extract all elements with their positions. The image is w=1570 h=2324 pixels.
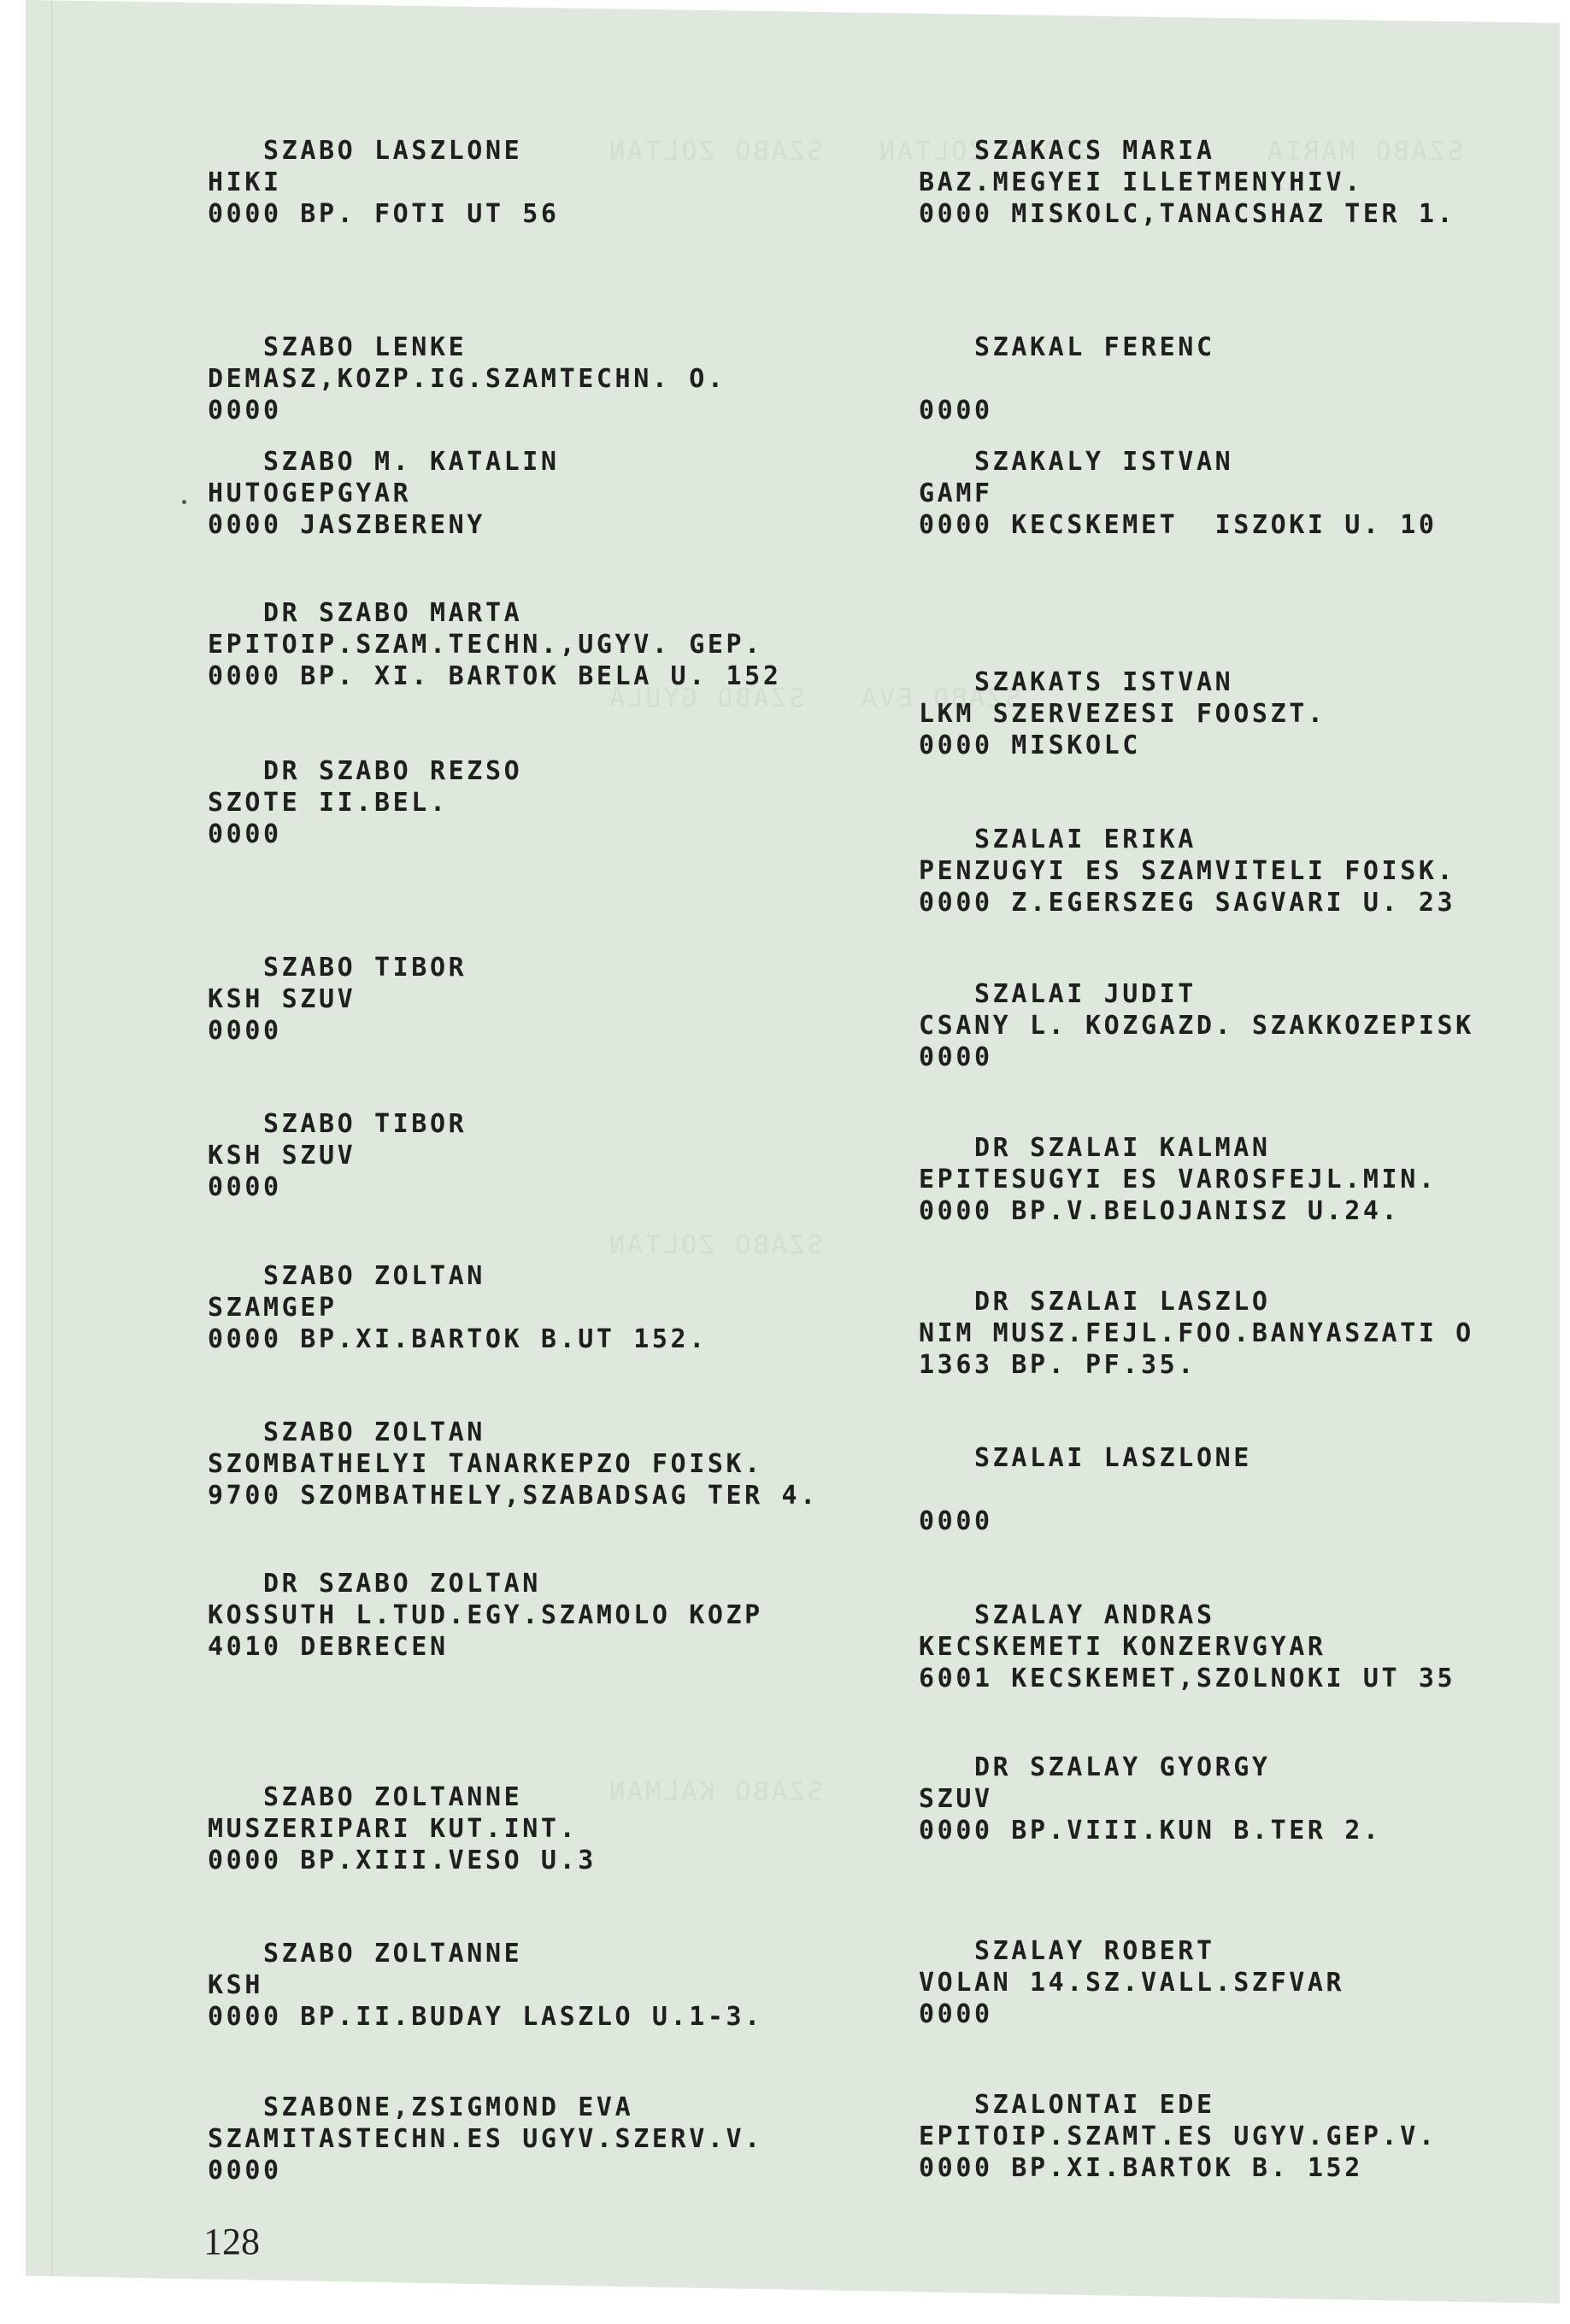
entry-org: MUSZERIPARI KUT.INT. — [208, 1813, 597, 1845]
directory-entry: SZALONTAI EDEEPITOIP.SZAMT.ES UGYV.GEP.V… — [919, 2089, 1438, 2184]
entry-address: 0000 — [208, 2155, 763, 2186]
directory-entry: SZABO LENKEDEMASZ,KOZP.IG.SZAMTECHN. O.0… — [208, 332, 726, 426]
directory-entry: DR SZABO ZOLTANKOSSUTH L.TUD.EGY.SZAMOLO… — [208, 1568, 763, 1663]
entry-org — [919, 1474, 1252, 1505]
entry-org: SZAMITASTECHN.ES UGYV.SZERV.V. — [208, 2123, 763, 2155]
entry-name: SZABO ZOLTAN — [208, 1417, 819, 1448]
bleed-through-text: SZABO KALMAN — [607, 1777, 823, 1807]
entry-address: 0000 — [208, 1015, 467, 1047]
entry-org: EPITOIP.SZAM.TECHN.,UGYV. GEP. — [208, 629, 782, 660]
entry-address: 0000 — [208, 819, 522, 850]
directory-entry: SZABO ZOLTANSZOMBATHELYI TANARKEPZO FOIS… — [208, 1417, 819, 1511]
entry-org: HUTOGEPGYAR — [208, 478, 560, 509]
entry-org: KSH — [208, 1969, 763, 2001]
directory-entry: DR SZALAI LASZLONIM MUSZ.FEJL.FOO.BANYAS… — [919, 1286, 1474, 1381]
entry-org: VOLAN 14.SZ.VALL.SZFVAR — [919, 1967, 1344, 1998]
directory-entry: SZABO ZOLTANNEKSH0000 BP.II.BUDAY LASZLO… — [208, 1938, 763, 2033]
entry-org: DEMASZ,KOZP.IG.SZAMTECHN. O. — [208, 363, 726, 395]
entry-org: KSH SZUV — [208, 1140, 467, 1171]
entry-org: SZOMBATHELYI TANARKEPZO FOISK. — [208, 1448, 819, 1480]
entry-name: DR SZABO MARTA — [208, 597, 782, 629]
entry-address: 0000 MISKOLC,TANACSHAZ TER 1. — [919, 198, 1455, 230]
entry-address: 0000 — [919, 1998, 1344, 2030]
entry-name: DR SZALAI KALMAN — [919, 1132, 1438, 1164]
entry-name: SZABO LENKE — [208, 332, 726, 363]
entry-name: SZABO ZOLTANNE — [208, 1781, 597, 1813]
entry-name: SZABO TIBOR — [208, 952, 467, 983]
entry-address: 0000 JASZBERENY — [208, 509, 560, 541]
entry-name: SZABO M. KATALIN — [208, 446, 560, 478]
entry-org: EPITOIP.SZAMT.ES UGYV.GEP.V. — [919, 2121, 1438, 2152]
entry-org: BAZ.MEGYEI ILLETMENYHIV. — [919, 167, 1455, 198]
entry-name: SZAKALY ISTVAN — [919, 446, 1438, 478]
entry-address: 9700 SZOMBATHELY,SZABADSAG TER 4. — [208, 1480, 819, 1511]
directory-entry: SZABONE,ZSIGMOND EVASZAMITASTECHN.ES UGY… — [208, 2092, 763, 2186]
entry-name: SZALAI ERIKA — [919, 824, 1455, 855]
entry-org: SZOTE II.BEL. — [208, 787, 522, 819]
entry-address: 0000 BP.XI.BARTOK B.UT 152. — [208, 1323, 708, 1355]
entry-name: DR SZABO REZSO — [208, 755, 522, 787]
entry-name: SZAKACS MARIA — [919, 135, 1455, 167]
directory-entry: SZAKACS MARIABAZ.MEGYEI ILLETMENYHIV.000… — [919, 135, 1455, 230]
entry-org: KOSSUTH L.TUD.EGY.SZAMOLO KOZP — [208, 1599, 763, 1631]
entry-name: SZALAY ROBERT — [919, 1935, 1344, 1967]
entry-org: PENZUGYI ES SZAMVITELI FOISK. — [919, 855, 1455, 887]
entry-name: DR SZALAI LASZLO — [919, 1286, 1474, 1318]
entry-org: NIM MUSZ.FEJL.FOO.BANYASZATI O — [919, 1318, 1474, 1349]
entry-org: HIKI — [208, 167, 560, 198]
entry-org: KECSKEMETI KONZERVGYAR — [919, 1631, 1455, 1663]
entry-name: SZABO ZOLTAN — [208, 1260, 708, 1292]
entry-address: 0000 — [919, 1505, 1252, 1537]
entry-name: SZABONE,ZSIGMOND EVA — [208, 2092, 763, 2123]
entry-address: 0000 BP.XIII.VESO U.3 — [208, 1845, 597, 1876]
directory-entry: SZAKALY ISTVANGAMF0000 KECSKEMET ISZOKI … — [919, 446, 1438, 541]
directory-entry: SZALAY ROBERTVOLAN 14.SZ.VALL.SZFVAR0000 — [919, 1935, 1344, 2030]
directory-entry: SZALAY ANDRASKECSKEMETI KONZERVGYAR6001 … — [919, 1599, 1455, 1694]
directory-entry: DR SZALAY GYORGYSZUV0000 BP.VIII.KUN B.T… — [919, 1752, 1382, 1846]
entry-address: 0000 BP. XI. BARTOK BELA U. 152 — [208, 660, 782, 692]
directory-entry: SZABO ZOLTANNEMUSZERIPARI KUT.INT.0000 B… — [208, 1781, 597, 1876]
entry-org: GAMF — [919, 478, 1438, 509]
directory-entry: SZAKAL FERENC0000 — [919, 332, 1215, 426]
directory-entry: SZALAI ERIKAPENZUGYI ES SZAMVITELI FOISK… — [919, 824, 1455, 918]
directory-entry: SZABO ZOLTANSZAMGEP0000 BP.XI.BARTOK B.U… — [208, 1260, 708, 1355]
entry-address: 1363 BP. PF.35. — [919, 1349, 1474, 1381]
entry-org: EPITESUGYI ES VAROSFEJL.MIN. — [919, 1164, 1438, 1195]
entry-address: 0000 Z.EGERSZEG SAGVARI U. 23 — [919, 887, 1455, 918]
entry-name: SZABO TIBOR — [208, 1108, 467, 1140]
entry-org: KSH SZUV — [208, 983, 467, 1015]
directory-entry: SZABO TIBORKSH SZUV0000 — [208, 952, 467, 1047]
directory-entry: SZAKATS ISTVANLKM SZERVEZESI FOOSZT.0000… — [919, 666, 1326, 761]
entry-name: SZABO ZOLTANNE — [208, 1938, 763, 1969]
directory-entry: SZABO M. KATALINHUTOGEPGYAR0000 JASZBERE… — [208, 446, 560, 541]
entry-address: 0000 BP. FOTI UT 56 — [208, 198, 560, 230]
entry-address: 4010 DEBRECEN — [208, 1631, 763, 1663]
directory-entry: DR SZABO MARTAEPITOIP.SZAM.TECHN.,UGYV. … — [208, 597, 782, 692]
entry-address: 0000 BP.V.BELOJANISZ U.24. — [919, 1195, 1438, 1227]
entry-org: SZAMGEP — [208, 1292, 708, 1323]
directory-entry: SZALAI LASZLONE0000 — [919, 1442, 1252, 1537]
entry-org: CSANY L. KOZGAZD. SZAKKOZEPISK — [919, 1010, 1474, 1042]
entry-address: 0000 MISKOLC — [919, 730, 1326, 761]
entry-address: 0000 — [208, 1171, 467, 1203]
entry-name: SZAKAL FERENC — [919, 332, 1215, 363]
entry-address: 0000 BP.II.BUDAY LASZLO U.1-3. — [208, 2001, 763, 2033]
entry-name: DR SZABO ZOLTAN — [208, 1568, 763, 1599]
print-speck — [182, 500, 186, 504]
entry-address: 0000 BP.XI.BARTOK B. 152 — [919, 2152, 1438, 2184]
entry-address: 0000 BP.VIII.KUN B.TER 2. — [919, 1815, 1382, 1846]
entry-name: SZAKATS ISTVAN — [919, 666, 1326, 698]
entry-name: SZALONTAI EDE — [919, 2089, 1438, 2121]
entry-address: 0000 — [919, 395, 1215, 426]
entry-address: 0000 — [919, 1042, 1474, 1073]
entry-org: LKM SZERVEZESI FOOSZT. — [919, 698, 1326, 730]
entry-org — [919, 363, 1215, 395]
directory-entry: SZABO TIBORKSH SZUV0000 — [208, 1108, 467, 1203]
directory-entry: DR SZALAI KALMANEPITESUGYI ES VAROSFEJL.… — [919, 1132, 1438, 1227]
entry-name: SZALAI LASZLONE — [919, 1442, 1252, 1474]
page-number: 128 — [203, 2220, 260, 2263]
directory-entry: SZALAI JUDITCSANY L. KOZGAZD. SZAKKOZEPI… — [919, 978, 1474, 1073]
entry-address: 0000 KECSKEMET ISZOKI U. 10 — [919, 509, 1438, 541]
entry-name: SZALAY ANDRAS — [919, 1599, 1455, 1631]
directory-entry: SZABO LASZLONEHIKI0000 BP. FOTI UT 56 — [208, 135, 560, 230]
directory-entry: DR SZABO REZSOSZOTE II.BEL.0000 — [208, 755, 522, 850]
entry-name: DR SZALAY GYORGY — [919, 1752, 1382, 1783]
entry-org: SZUV — [919, 1783, 1382, 1815]
bleed-through-text: SZABO ZOLTAN — [607, 1230, 823, 1260]
entry-address: 0000 — [208, 395, 726, 426]
entry-address: 6001 KECSKEMET,SZOLNOKI UT 35 — [919, 1663, 1455, 1694]
entry-name: SZALAI JUDIT — [919, 978, 1474, 1010]
entry-name: SZABO LASZLONE — [208, 135, 560, 167]
